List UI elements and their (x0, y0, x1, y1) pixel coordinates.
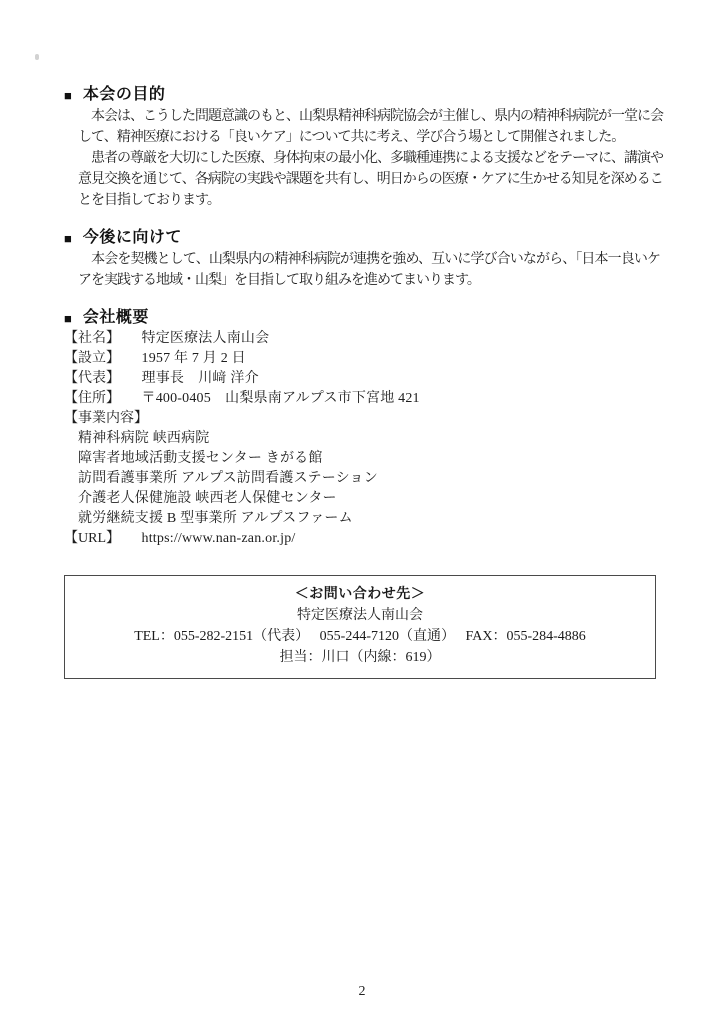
row-label: 【住所】 (64, 389, 138, 409)
section-future-heading: ■ 今後に向けて (64, 227, 660, 249)
paragraph-line: とを目指しております。 (78, 190, 660, 211)
section-purpose-heading: ■ 本会の目的 (64, 84, 660, 106)
business-item: 精神科病院 峡西病院 (78, 429, 660, 449)
section-future-title: 今後に向けて (83, 227, 182, 249)
section-company-title: 会社概要 (83, 307, 149, 329)
business-item: 訪問看護事業所 アルプス訪問看護ステーション (78, 469, 660, 489)
company-detail-list: 【社名】 特定医療法人南山会 【設立】 1957 年 7 月 2 日 【代表】 … (64, 329, 660, 549)
paragraph-line: 本会を契機として、山梨県内の精神科病院が連携を強め、互いに学び合いながら、「日本… (78, 249, 660, 270)
company-row-representative: 【代表】 理事長 川﨑 洋介 (64, 369, 660, 389)
company-row-name: 【社名】 特定医療法人南山会 (64, 329, 660, 349)
row-value: 特定医療法人南山会 (142, 331, 270, 346)
paragraph-line: して、精神医療における「良いケア」について共に考え、学び合う場として開催されまし… (78, 127, 660, 148)
row-label: 【設立】 (64, 349, 138, 369)
company-url-text: https://www.nan-zan.or.jp/ (142, 531, 296, 546)
business-item: 就労継続支援 B 型事業所 アルプスファーム (78, 509, 660, 529)
row-label: 【社名】 (64, 329, 138, 349)
paragraph-line: 本会は、こうした問題意識のもと、山梨県精神科病院協会が主催し、県内の精神科病院が… (78, 106, 660, 127)
scan-artifact-dot (35, 54, 39, 60)
company-row-founded: 【設立】 1957 年 7 月 2 日 (64, 349, 660, 369)
business-item: 障害者地域活動支援センター きがる館 (78, 449, 660, 469)
contact-box-title: ＜お問い合わせ先＞ (65, 584, 655, 605)
contact-phone-line: TEL：055-282-2151（代表） 055-244-7120（直通） FA… (65, 626, 655, 647)
paragraph-line: アを実践する地域・山梨」を目指して取り組みを進めてまいります。 (78, 270, 660, 291)
section-company-overview: ■ 会社概要 【社名】 特定医療法人南山会 【設立】 1957 年 7 月 2 … (64, 307, 660, 549)
section-purpose: ■ 本会の目的 本会は、こうした問題意識のもと、山梨県精神科病院協会が主催し、県… (64, 84, 660, 211)
contact-organization: 特定医療法人南山会 (65, 605, 655, 626)
section-purpose-body: 本会は、こうした問題意識のもと、山梨県精神科病院協会が主催し、県内の精神科病院が… (78, 106, 660, 211)
company-row-url: 【URL】 https://www.nan-zan.or.jp/ (64, 529, 660, 549)
section-purpose-title: 本会の目的 (83, 84, 166, 106)
paragraph-line: 意見交換を通じて、各病院の実践や課題を共有し、明日からの医療・ケアに生かせる知見… (78, 169, 660, 190)
page-number: 2 (0, 984, 724, 1000)
section-future-body: 本会を契機として、山梨県内の精神科病院が連携を強め、互いに学び合いながら、「日本… (78, 249, 660, 291)
paragraph-line: 患者の尊厳を大切にした医療、身体拘束の最小化、多職種連携による支援などをテーマに… (78, 148, 660, 169)
row-label: 【URL】 (64, 529, 138, 549)
business-item: 介護老人保健施設 峡西老人保健センター (78, 489, 660, 509)
row-label: 【事業内容】 (64, 409, 148, 429)
row-label: 【代表】 (64, 369, 138, 389)
square-bullet-icon: ■ (64, 232, 72, 245)
row-value: 〒400-0405 山梨県南アルプス市下宮地 421 (142, 391, 420, 406)
row-value: 1957 年 7 月 2 日 (142, 351, 246, 366)
square-bullet-icon: ■ (64, 312, 72, 325)
document-page: ■ 本会の目的 本会は、こうした問題意識のもと、山梨県精神科病院協会が主催し、県… (0, 0, 724, 1024)
company-row-business-label: 【事業内容】 (64, 409, 660, 429)
contact-staff-line: 担当：川口（内線：619） (65, 647, 655, 668)
contact-box: ＜お問い合わせ先＞ 特定医療法人南山会 TEL：055-282-2151（代表）… (64, 575, 656, 679)
row-value: 理事長 川﨑 洋介 (142, 371, 259, 386)
company-row-address: 【住所】 〒400-0405 山梨県南アルプス市下宮地 421 (64, 389, 660, 409)
section-company-heading: ■ 会社概要 (64, 307, 660, 329)
page-content: ■ 本会の目的 本会は、こうした問題意識のもと、山梨県精神科病院協会が主催し、県… (64, 84, 660, 679)
section-future: ■ 今後に向けて 本会を契機として、山梨県内の精神科病院が連携を強め、互いに学び… (64, 227, 660, 291)
square-bullet-icon: ■ (64, 89, 72, 102)
